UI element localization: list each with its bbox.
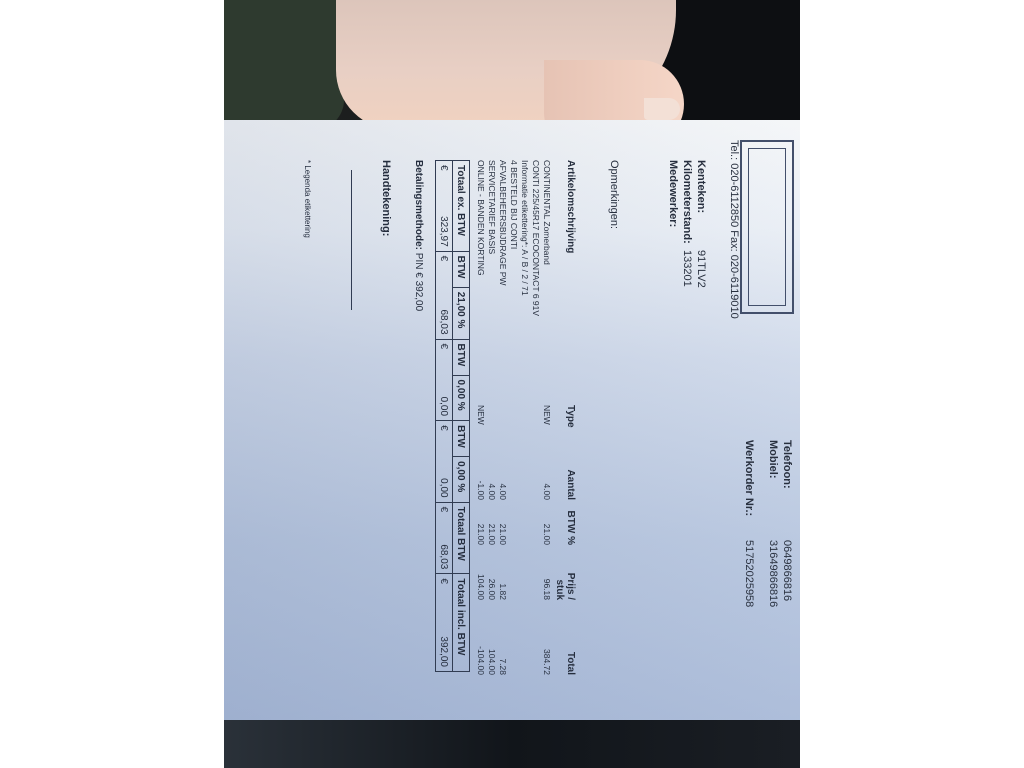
table-row: CONTI 225/45R17 ECOCONTACT 6 91V — [530, 160, 541, 680]
vehicle-info: Kenteken:91TLV2 Kilometerstand:133201 Me… — [666, 160, 708, 288]
sleeve — [224, 0, 344, 130]
remarks-label: Opmerkingen: — [608, 160, 620, 229]
photo: Tel.: 020-6112850 Fax: 020-6119010 Kente… — [224, 0, 800, 768]
items-header: Artikelomschrijving Type Aantal BTW % Pr… — [552, 160, 576, 680]
table-row: AFVALBEHEERSBIJDRAGE PW4.0021.001.827.28 — [497, 160, 508, 680]
table-row: SERVICETARIEF BASIS4.0021.0026.00104.00 — [486, 160, 497, 680]
table-row: 4 BESTELD BIJ CONTI — [508, 160, 519, 680]
payment-method: Betalingsmethode: PIN € 392,00 — [413, 160, 424, 311]
items-table: Artikelomschrijving Type Aantal BTW % Pr… — [475, 160, 576, 680]
thumbnail — [644, 98, 680, 120]
customer-info: Telefoon:0649866816 Mobiel:31649866816 W… — [742, 440, 794, 607]
receipt: Tel.: 020-6112850 Fax: 020-6119010 Kente… — [224, 120, 800, 720]
legend-note: * Legenda etikettering — [303, 160, 312, 238]
table-row: Informatie etikettering*: A / B / 2 / 71 — [519, 160, 530, 680]
table-row: ONLINE - BANDEN KORTINGNEW-1.0021.00104.… — [475, 160, 486, 680]
signature-line — [351, 170, 352, 310]
totals-table: Totaal ex. BTW BTW 21,00 % BTW 0,00 % BT… — [435, 160, 470, 672]
table-row: CONTINENTAL ZomerbandNEW4.0021.0096.1838… — [541, 160, 552, 680]
logo-box — [740, 140, 794, 314]
contact-line: Tel.: 020-6112850 Fax: 020-6119010 — [728, 140, 740, 319]
signature-label: Handtekening: — [380, 160, 392, 236]
